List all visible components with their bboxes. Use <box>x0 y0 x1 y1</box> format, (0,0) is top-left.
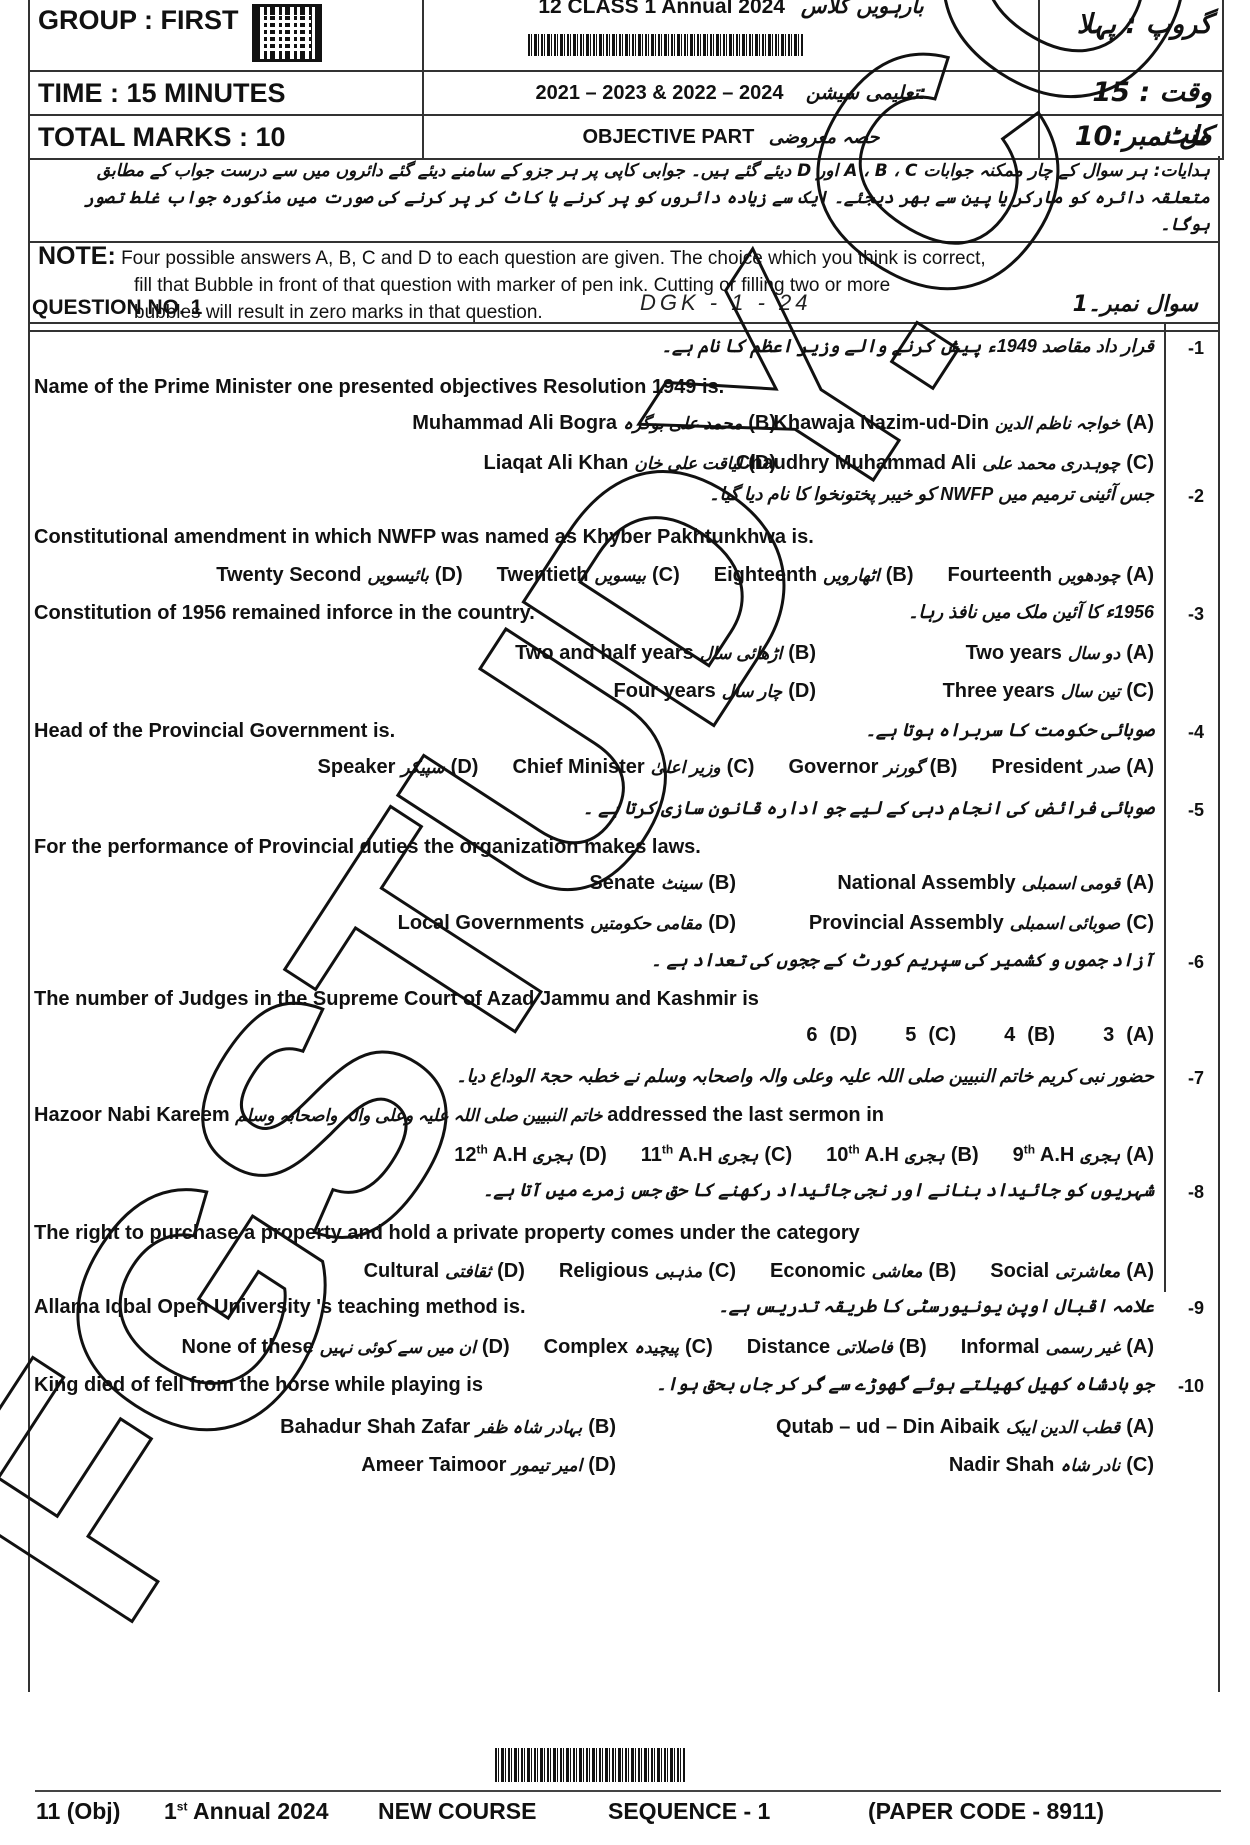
option-key: (B) <box>930 756 958 778</box>
instructions-box: ہدایات: ہر سوال کے چار ممکنہ جوابات A ، … <box>28 156 1220 332</box>
option-text-english: 4 <box>1004 1024 1015 1046</box>
option-text-english: Social <box>990 1260 1049 1282</box>
class-urdu: بارہویں کلاس <box>801 0 924 18</box>
option-text-urdu: چوہدری محمد علی <box>982 454 1120 473</box>
question-text-urdu: آزاد جموں و کشمیر کی سپریم کورٹ کے ججوں … <box>651 950 1154 971</box>
question-number: -8 <box>1188 1182 1204 1203</box>
answer-option[interactable]: (C)پیچیدہComplex <box>544 1336 713 1358</box>
instructions-urdu-line: ہدایات: ہر سوال کے چار ممکنہ جوابات A ، … <box>38 158 1210 185</box>
option-text-english: 12th A.H <box>454 1144 527 1166</box>
answer-option[interactable]: (C)بیسویںTwentieth <box>497 564 680 586</box>
group-label: GROUP : FIRST <box>38 5 239 35</box>
footer-annual-rest: Annual 2024 <box>187 1798 328 1824</box>
option-text-urdu: دو سال <box>1068 644 1120 663</box>
option-key: (D) <box>748 452 776 474</box>
answer-option[interactable]: (B)4 <box>1004 1024 1055 1046</box>
option-text-urdu: فاصلاتی <box>836 1338 893 1357</box>
footer-annual-sup: st <box>177 1799 188 1813</box>
question-text-english: King died of fell from the horse while p… <box>34 1374 483 1397</box>
option-key: (B) <box>928 1260 956 1282</box>
option-key: (B) <box>588 1416 616 1438</box>
instructions-urdu: ہدایات: ہر سوال کے چار ممکنہ جوابات A ، … <box>30 156 1218 243</box>
question-heading: QUESTION NO. 1 <box>32 296 202 320</box>
option-text-english: Muhammad Ali Bogra <box>412 412 617 434</box>
question-number-column: -1-2-3-4-5-6-7-8-9-10 <box>1164 324 1218 1292</box>
option-key: (B) <box>951 1144 979 1166</box>
option-text-urdu: تین سال <box>1061 682 1120 701</box>
answer-option[interactable]: (B)بہادر شاہ ظفرBahadur Shah Zafar <box>280 1416 616 1439</box>
option-text-english: Twenty Second <box>216 564 361 586</box>
footer-divider <box>35 1790 1221 1792</box>
footer-sequence: SEQUENCE - 1 <box>578 1798 828 1825</box>
option-key: (B) <box>1027 1024 1055 1046</box>
option-text-english: Speaker <box>318 756 396 778</box>
option-key: (A) <box>1126 1260 1154 1282</box>
option-key: (D) <box>788 680 816 702</box>
option-text-urdu: اٹھارویں <box>823 566 880 585</box>
option-text-urdu: غیر رسمی <box>1046 1338 1121 1357</box>
option-text-urdu: ہجری <box>1080 1146 1120 1165</box>
option-key: (A) <box>1126 1144 1154 1166</box>
question-number: -10 <box>1178 1376 1204 1397</box>
option-key: (D) <box>497 1260 525 1282</box>
option-key: (C) <box>727 756 755 778</box>
footer-code: 11 (Obj) <box>36 1798 164 1825</box>
option-text-urdu: بائیسویں <box>367 566 428 585</box>
option-text-english: 3 <box>1103 1024 1114 1046</box>
option-text-urdu: ان میں سے کوئی نہیں <box>320 1338 476 1357</box>
note: NOTE: Four possible answers A, B, C and … <box>30 243 1218 330</box>
option-text-urdu: لیاقت علی خان <box>634 454 742 473</box>
answer-option[interactable]: (A)غیر رسمیInformal <box>961 1336 1154 1358</box>
option-text-english: Governor <box>788 756 878 778</box>
question-text-english: Head of the Provincial Government is. <box>34 720 395 743</box>
answer-option[interactable]: (D)ثقافتیCultural <box>364 1260 525 1282</box>
answer-option[interactable]: (A)3 <box>1103 1024 1154 1046</box>
class-line: 12 CLASS 1 Annual 2024 بارہویں کلاس <box>424 0 1038 19</box>
time-label: TIME : 15 MINUTES <box>38 78 286 108</box>
option-key: (A) <box>1126 1336 1154 1358</box>
option-text-english: Two and half years <box>515 642 694 664</box>
option-text-english: Qutab – ud – Din Aibaik <box>776 1416 1000 1438</box>
option-text-urdu: وزیر اعلیٰ <box>651 758 721 777</box>
question-number: -4 <box>1188 722 1204 743</box>
answer-option[interactable]: (C)ہجری11th A.H <box>641 1144 792 1166</box>
option-text-english: Cultural <box>364 1260 440 1282</box>
question-number: -6 <box>1188 952 1204 973</box>
group-urdu: گروپ : پہلا <box>1077 9 1212 40</box>
question-number: -2 <box>1188 486 1204 507</box>
option-key: (A) <box>1126 412 1154 434</box>
option-text-english: Economic <box>770 1260 866 1282</box>
options-row: (A)3(B)4(C)5(D)6 <box>758 1024 1154 1047</box>
option-key: (A) <box>1126 872 1154 894</box>
option-text-english: National Assembly <box>837 872 1015 894</box>
answer-option[interactable]: (D)مقامی حکومتیںLocal Governments <box>398 912 736 935</box>
option-key: (C) <box>685 1336 713 1358</box>
option-text-urdu: بہادر شاہ ظفر <box>476 1418 582 1437</box>
option-text-english: 9th A.H <box>1013 1144 1075 1166</box>
option-key: (D) <box>829 1024 857 1046</box>
header-table: GROUP : FIRST 12 CLASS 1 Annual 2024 بار… <box>28 0 1224 160</box>
answer-option[interactable]: (A)دو سالTwo years <box>966 642 1154 665</box>
options-row: (A)چودھویںFourteenth(B)اٹھارویںEighteent… <box>182 564 1154 587</box>
option-text-english: Fourteenth <box>947 564 1051 586</box>
option-text-english: Two years <box>966 642 1062 664</box>
option-text-english: Liaqat Ali Khan <box>484 452 629 474</box>
answer-option[interactable]: (D)ان میں سے کوئی نہیںNone of these <box>182 1336 510 1358</box>
option-text-urdu: ہجری <box>533 1146 573 1165</box>
option-text-urdu: بیسویں <box>595 566 646 585</box>
option-key: (D) <box>708 912 736 934</box>
answer-option[interactable]: (A)ہجری9th A.H <box>1013 1144 1154 1166</box>
option-key: (A) <box>1126 642 1154 664</box>
answer-option[interactable]: (B)سینٹSenate <box>589 872 736 895</box>
answer-option[interactable]: (C)چوہدری محمد علیChaudhry Muhammad Ali <box>736 452 1154 475</box>
question-text-urdu: جس آئینی ترمیم میں NWFP کو خیبر پختونخوا… <box>709 484 1154 505</box>
option-key: (A) <box>1126 1024 1154 1046</box>
answer-option[interactable]: (B)معاشیEconomic <box>770 1260 956 1282</box>
question-text-english: The number of Judges in the Supreme Cour… <box>34 988 759 1011</box>
answer-option[interactable]: (A)معاشرتیSocial <box>990 1260 1154 1282</box>
options-row: (A)معاشرتیSocial(B)معاشیEconomic(C)مذہبی… <box>330 1260 1154 1283</box>
option-text-urdu: ہجری <box>905 1146 945 1165</box>
question-text-urdu: شہریوں کو جائیداد بنانے اور نجی جائیداد … <box>483 1180 1154 1201</box>
exam-paper: GROUP : FIRST 12 CLASS 1 Annual 2024 بار… <box>0 0 1250 1845</box>
footer-paper-code: (PAPER CODE - 8911) <box>828 1798 1104 1825</box>
option-text-urdu: صدر <box>1089 758 1121 777</box>
question-number: -3 <box>1188 604 1204 625</box>
answer-option[interactable]: (C)وزیر اعلیٰChief Minister <box>512 756 754 778</box>
options-row: (A)غیر رسمیInformal(B)فاصلاتیDistance(C)… <box>148 1336 1154 1359</box>
instructions-urdu-line: متعلقہ دائرہ کو مارکر یا پین سے بھر دیجئ… <box>38 185 1210 239</box>
answer-option[interactable]: (A)قطب الدین ایبکQutab – ud – Din Aibaik <box>776 1416 1154 1439</box>
answer-option[interactable]: (A)خواجہ ناظم الدینKhawaja Nazim-ud-Din <box>773 412 1154 435</box>
question-text-urdu: 1956ء کا آئین ملک میں نافذ رہا۔ <box>908 602 1154 623</box>
footer-annual: 1st Annual 2024 <box>164 1798 356 1825</box>
option-text-urdu: سینٹ <box>661 874 702 893</box>
option-key: (C) <box>708 1260 736 1282</box>
answer-option[interactable]: (D)بائیسویںTwenty Second <box>216 564 462 586</box>
option-text-urdu: معاشرتی <box>1055 1262 1120 1281</box>
options-row: (A)ہجری9th A.H(B)ہجری10th A.H(C)ہجری11th… <box>420 1142 1154 1167</box>
answer-option[interactable]: (D)لیاقت علی خانLiaqat Ali Khan <box>484 452 777 475</box>
answer-option[interactable]: (A)صدرPresident <box>991 756 1154 778</box>
option-text-urdu: ثقافتی <box>445 1262 491 1281</box>
option-text-english: Ameer Taimoor <box>361 1454 506 1476</box>
option-text-urdu: صوبائی اسمبلی <box>1010 914 1120 933</box>
qr-code-icon <box>252 4 322 62</box>
question-text-english: Name of the Prime Minister one presented… <box>34 376 724 399</box>
option-text-english: 6 <box>806 1024 817 1046</box>
option-text-english: Informal <box>961 1336 1040 1358</box>
answer-option[interactable]: (B)گورنرGovernor <box>788 756 957 778</box>
barcode-icon <box>495 1748 685 1782</box>
option-text-urdu: امیر تیمور <box>512 1456 582 1475</box>
question-number: -7 <box>1188 1068 1204 1089</box>
option-key: (B) <box>899 1336 927 1358</box>
option-text-english: Twentieth <box>497 564 589 586</box>
option-text-urdu: قومی اسمبلی <box>1022 874 1121 893</box>
option-text-urdu: معاشی <box>872 1262 923 1281</box>
option-text-english: Three years <box>943 680 1055 702</box>
option-text-urdu: محمد علی بوگرہ <box>623 414 742 433</box>
question-text-urdu: جو بادشاہ کھیل کھیلتے ہوئے گھوڑے سے گر ک… <box>656 1374 1154 1395</box>
note-label: NOTE: <box>38 242 116 270</box>
option-text-english: Provincial Assembly <box>809 912 1004 934</box>
option-key: (D) <box>579 1144 607 1166</box>
option-key: (C) <box>1126 452 1154 474</box>
answer-option[interactable]: (B)اڑھائی سالTwo and half years <box>515 642 816 665</box>
answer-option[interactable]: (C)تین سالThree years <box>943 680 1154 703</box>
part-label: OBJECTIVE PART <box>582 126 754 148</box>
option-key: (B) <box>708 872 736 894</box>
option-text-english: 10th A.H <box>826 1144 899 1166</box>
option-text-urdu: پیچیدہ <box>634 1338 679 1357</box>
option-text-english: Distance <box>747 1336 830 1358</box>
option-key: (C) <box>1126 912 1154 934</box>
answer-option[interactable]: (B)اٹھارویںEighteenth <box>714 564 914 586</box>
marks-label: TOTAL MARKS : 10 <box>38 122 286 152</box>
question-text-urdu: قرار داد مقاصد 1949ء پیش کرنے والے وزیر … <box>661 336 1154 357</box>
answer-option[interactable]: (C)مذہبیReligious <box>559 1260 736 1282</box>
option-text-english: Four years <box>614 680 716 702</box>
question-text-english: Constitutional amendment in which NWFP w… <box>34 526 814 549</box>
option-key: (A) <box>1126 564 1154 586</box>
questions-box: -1-2-3-4-5-6-7-8-9-10 قرار داد مقاصد 194… <box>28 322 1220 1692</box>
option-key: (A) <box>1126 756 1154 778</box>
answer-option[interactable]: (D)سپیکرSpeaker <box>318 756 479 778</box>
question-text-urdu: صوبائی حکومت کا سربراہ ہوتا ہے۔ <box>865 720 1154 741</box>
answer-option[interactable]: (C)5 <box>905 1024 956 1046</box>
option-text-english: 11th A.H <box>641 1144 713 1166</box>
option-key: (C) <box>1126 680 1154 702</box>
option-text-english: Chief Minister <box>512 756 644 778</box>
footer-course: NEW COURSE <box>356 1798 578 1825</box>
answer-option[interactable]: (B)محمد علی بوگرہMuhammad Ali Bogra <box>412 412 776 435</box>
answer-option[interactable]: (D)6 <box>806 1024 857 1046</box>
class-text: 12 CLASS 1 Annual 2024 <box>538 0 785 18</box>
question-number: -1 <box>1188 338 1204 359</box>
handwritten-note: DGK - 1 - 24 <box>640 290 811 316</box>
option-text-english: Local Governments <box>398 912 585 934</box>
session-label-urdu: تعلیمی سیشن: <box>806 82 927 104</box>
option-text-english: Senate <box>589 872 655 894</box>
question-number: -9 <box>1188 1298 1204 1319</box>
option-key: (C) <box>1126 1454 1154 1476</box>
option-key: (C) <box>652 564 680 586</box>
option-key: (B) <box>886 564 914 586</box>
question-number: -5 <box>1188 800 1204 821</box>
option-text-urdu: قطب الدین ایبک <box>1006 1418 1121 1437</box>
note-text: Four possible answers A, B, C and D to e… <box>121 248 986 269</box>
option-text-urdu: مقامی حکومتیں <box>590 914 702 933</box>
option-key: (D) <box>435 564 463 586</box>
note-text: fill that Bubble in front of that questi… <box>38 272 1210 299</box>
answer-option[interactable]: (D)چار سالFour years <box>614 680 816 703</box>
marks-urdu: کل نمبر:10 <box>1075 121 1212 152</box>
option-text-english: President <box>991 756 1082 778</box>
option-text-urdu: چودھویں <box>1058 566 1120 585</box>
option-key: (D) <box>482 1336 510 1358</box>
option-key: (B) <box>748 412 776 434</box>
option-key: (C) <box>764 1144 792 1166</box>
footer-annual-num: 1 <box>164 1798 177 1824</box>
answer-option[interactable]: (C)نادر شاہNadir Shah <box>949 1454 1154 1477</box>
option-text-urdu: خواجہ ناظم الدین <box>995 414 1120 433</box>
option-key: (C) <box>928 1024 956 1046</box>
question-text-english: Constitution of 1956 remained inforce in… <box>34 602 535 625</box>
option-text-urdu: چار سال <box>722 682 782 701</box>
question-text-english: Allama Iqbal Open University 's teaching… <box>34 1296 526 1319</box>
question-text-english: Hazoor Nabi Kareem خاتم النبیین صلی اللہ… <box>34 1104 884 1127</box>
question-text-english: For the performance of Provincial duties… <box>34 836 701 859</box>
barcode-icon <box>528 34 803 56</box>
option-text-urdu: سپیکر <box>401 758 444 777</box>
question-text-urdu: علامہ اقبال اوپن یونیورسٹی کا طریقہ تدری… <box>718 1296 1154 1317</box>
option-text-english: Religious <box>559 1260 649 1282</box>
session-value: 2021 – 2023 & 2022 – 2024 <box>535 82 783 104</box>
option-text-urdu: ہجری <box>719 1146 759 1165</box>
footer: 11 (Obj) 1st Annual 2024 NEW COURSE SEQU… <box>36 1798 1216 1825</box>
option-text-english: Bahadur Shah Zafar <box>280 1416 470 1438</box>
answer-option[interactable]: (A)قومی اسمبلیNational Assembly <box>837 872 1154 895</box>
question-text-urdu: صوبائی فرائض کی انجام دہی کے لیے جو ادار… <box>583 798 1154 819</box>
option-text-urdu: نادر شاہ <box>1060 1456 1120 1475</box>
options-row: (A)صدرPresident(B)گورنرGovernor(C)وزیر ا… <box>284 756 1154 779</box>
option-text-english: Nadir Shah <box>949 1454 1055 1476</box>
answer-option[interactable]: (D)امیر تیمورAmeer Taimoor <box>361 1454 616 1477</box>
answer-option[interactable]: (C)صوبائی اسمبلیProvincial Assembly <box>809 912 1154 935</box>
answer-option[interactable]: (A)چودھویںFourteenth <box>947 564 1154 586</box>
option-key: (A) <box>1126 1416 1154 1438</box>
question-text-urdu: حضور نبی کریم خاتم النبیین صلی اللہ علیہ… <box>456 1066 1154 1087</box>
option-key: (D) <box>588 1454 616 1476</box>
answer-option[interactable]: (B)فاصلاتیDistance <box>747 1336 927 1358</box>
answer-option[interactable]: (B)ہجری10th A.H <box>826 1144 978 1166</box>
answer-option[interactable]: (D)ہجری12th A.H <box>454 1144 606 1166</box>
option-text-english: Complex <box>544 1336 628 1358</box>
option-text-urdu: مذہبی <box>655 1262 702 1281</box>
option-key: (D) <box>451 756 479 778</box>
part-urdu: حصہ معروضی <box>769 127 880 148</box>
question-heading-urdu: سوال نمبر۔1 <box>1073 292 1198 317</box>
option-text-english: None of these <box>182 1336 314 1358</box>
option-key: (B) <box>788 642 816 664</box>
question-text-english: The right to purchase a property and hol… <box>34 1222 860 1245</box>
option-text-urdu: اڑھائی سال <box>700 644 782 663</box>
option-text-urdu: گورنر <box>884 758 923 777</box>
option-text-english: Khawaja Nazim-ud-Din <box>773 412 989 434</box>
option-text-english: 5 <box>905 1024 916 1046</box>
option-text-english: Eighteenth <box>714 564 817 586</box>
